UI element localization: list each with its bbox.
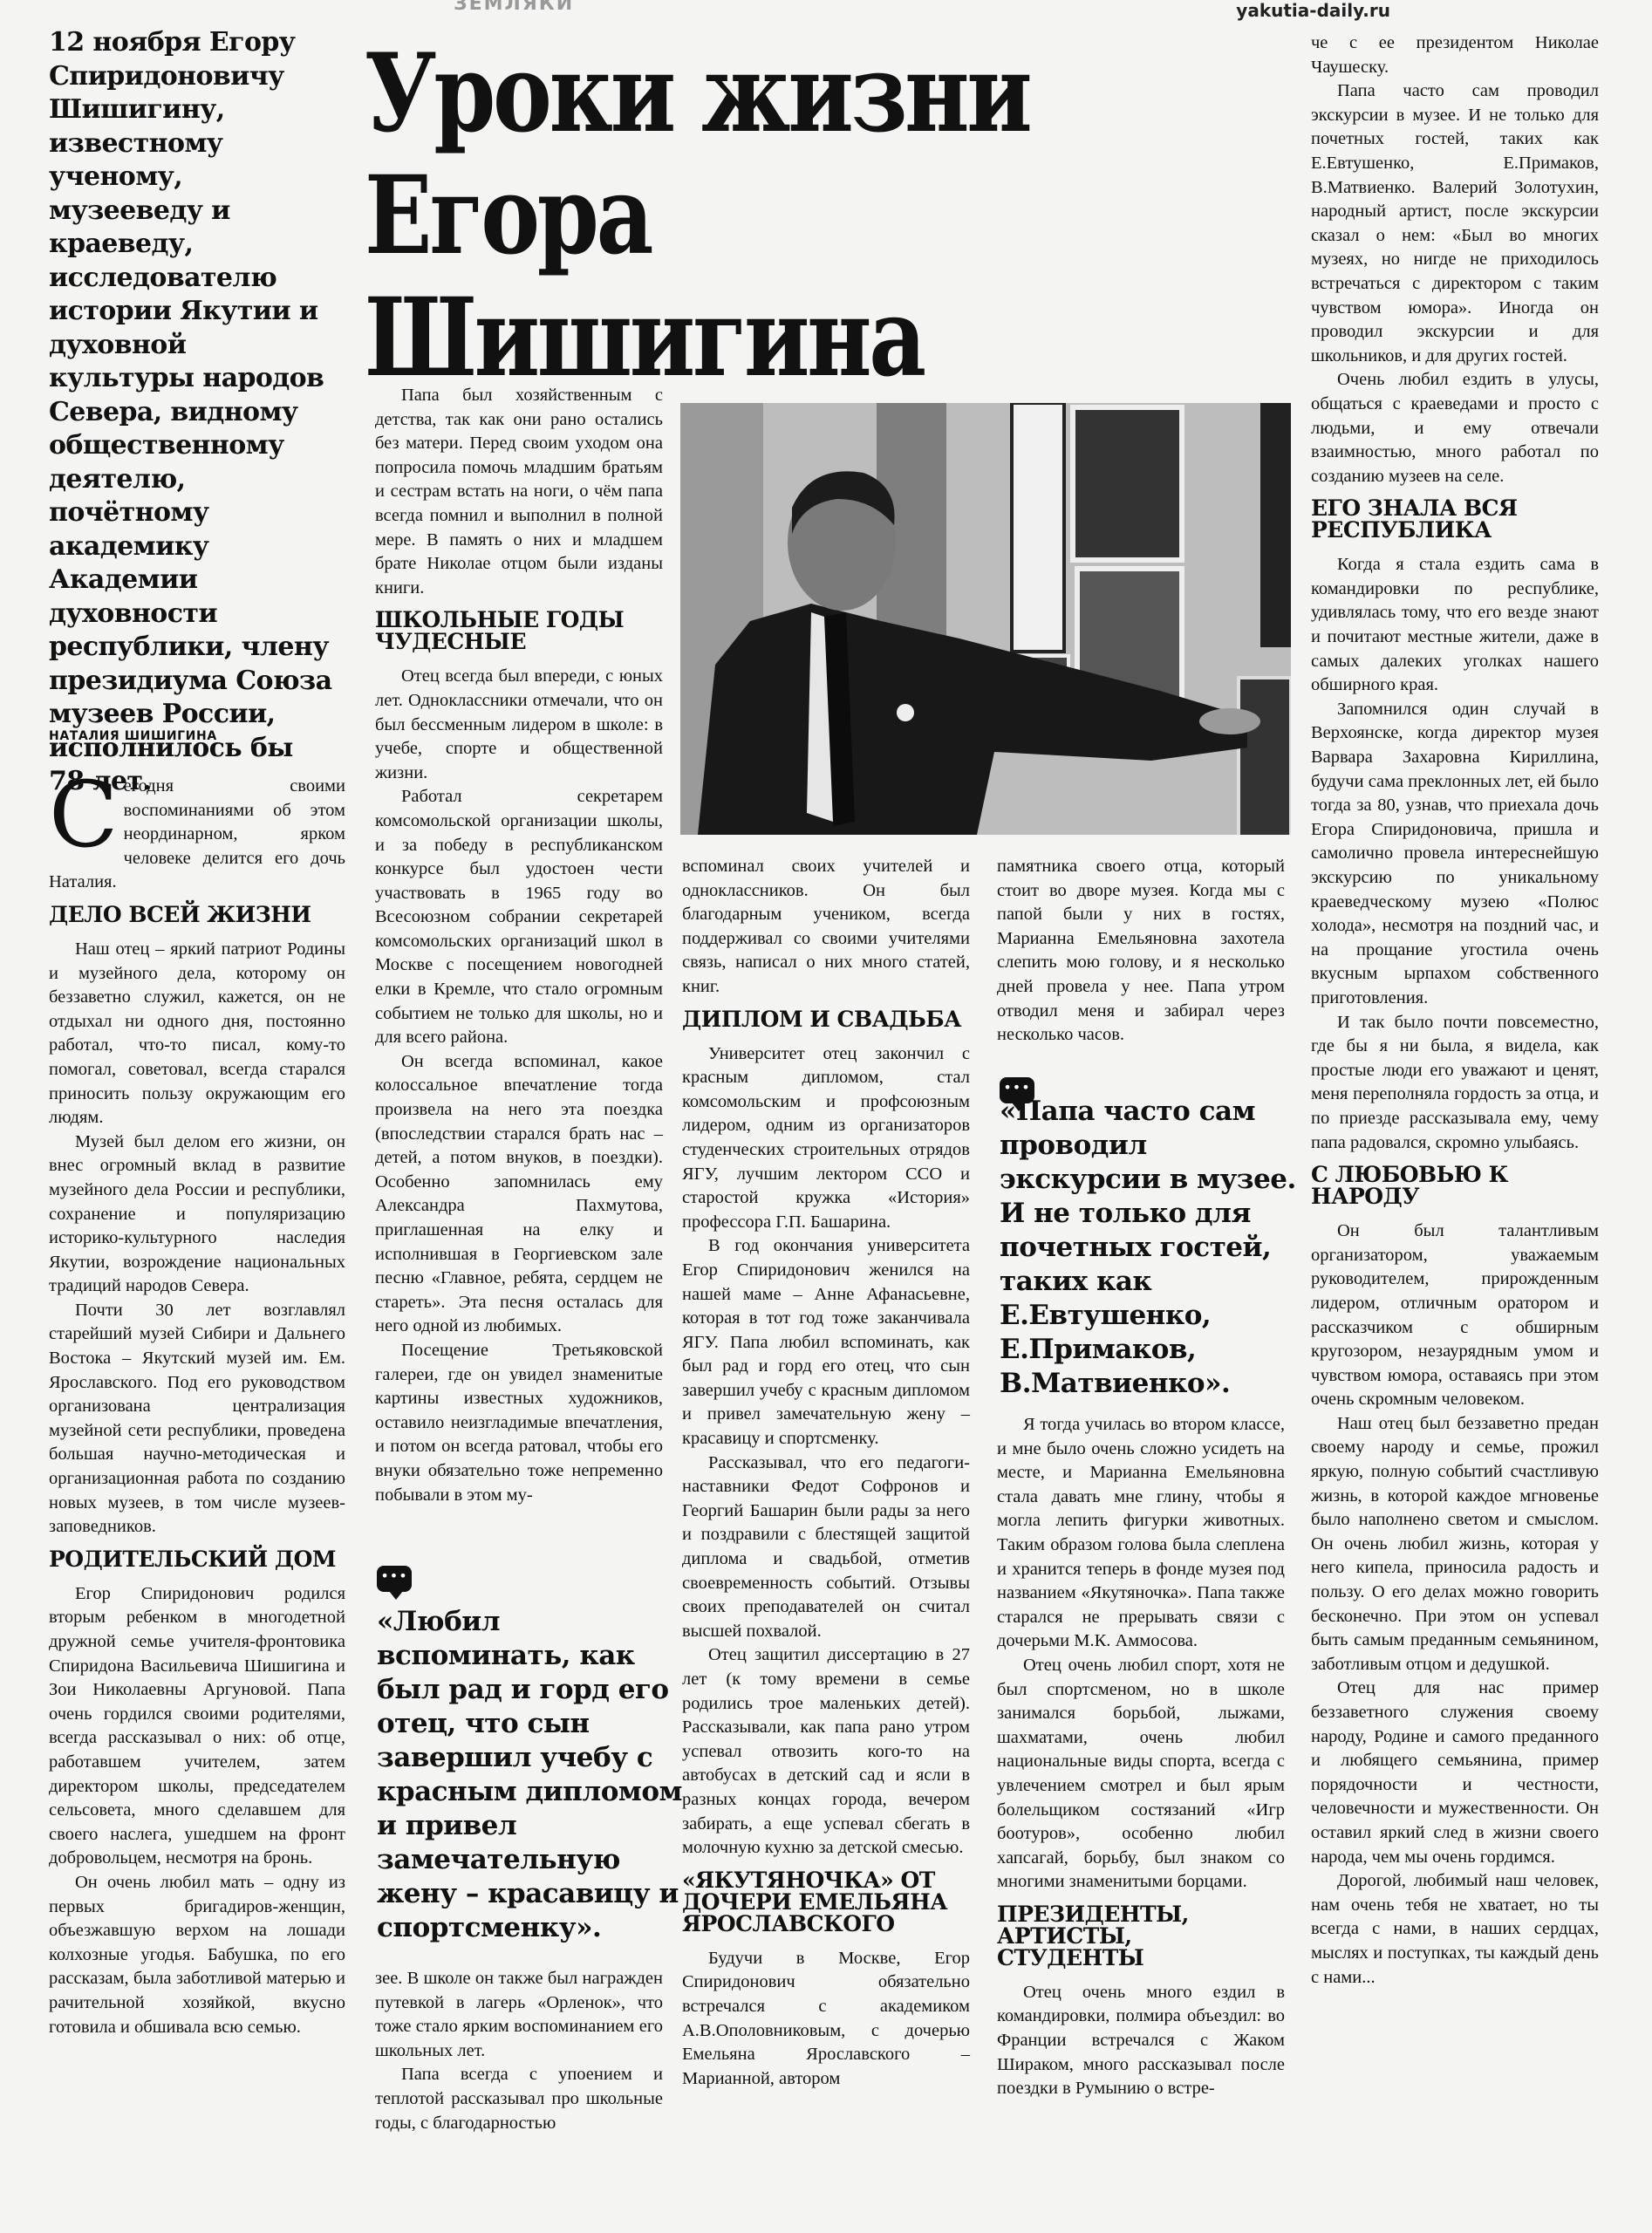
- section-heading: РОДИТЕЛЬСКИЙ ДОМ: [49, 1548, 345, 1570]
- site-url[interactable]: yakutia-daily.ru: [1236, 0, 1390, 21]
- article-column-3: вспоминал своих учителей и однокласснико…: [682, 855, 970, 2091]
- pull-quote: «Папа часто сам проводил экскурсии в муз…: [1000, 1095, 1300, 1401]
- section-heading: С ЛЮБОВЬЮ К НАРОДУ: [1311, 1164, 1599, 1207]
- paragraph: Университет отец закончил с красным дипл…: [682, 1042, 970, 1235]
- paragraph: Посещение Третьяковской галереи, где он …: [375, 1339, 663, 1507]
- section-heading: «ЯКУТЯНОЧКА» ОТ ДОЧЕРИ ЕМЕЛЬЯНА ЯРОСЛАВС…: [682, 1869, 970, 1935]
- paragraph: Папа был хозяйственным с детства, так ка…: [375, 384, 663, 600]
- paragraph: вспоминал своих учителей и однокласснико…: [682, 855, 970, 1000]
- photo-image: [680, 403, 1291, 835]
- paragraph: И так было почти повсеместно, где бы я н…: [1311, 1011, 1599, 1156]
- paragraph: Папа всегда с упоением и теплотой расска…: [375, 2063, 663, 2135]
- paragraph: памятника своего отца, который стоит во …: [997, 855, 1285, 1048]
- section-heading: ПРЕЗИДЕНТЫ, АРТИСТЫ, СТУДЕНТЫ: [997, 1903, 1285, 1969]
- paragraph: Папа часто сам проводил экскурсии в музе…: [1311, 79, 1599, 368]
- paragraph: Отец всегда был впереди, с юных лет. Одн…: [375, 665, 663, 785]
- article-photo: [680, 403, 1291, 835]
- section-label: ЗЕМЛЯКИ: [454, 0, 574, 15]
- paragraph: Я тогда училась во втором классе, и мне …: [997, 1413, 1285, 1654]
- paragraph: Егор Спиридонович родился вторым ребенко…: [49, 1582, 345, 1871]
- intro-paragraph: Сегодня своими воспоминаниями об этом не…: [49, 775, 345, 895]
- article-column-4: памятника своего отца, который стоит во …: [997, 855, 1285, 1048]
- article-column-2: Папа был хозяйственным с детства, так ка…: [375, 384, 663, 1507]
- paragraph: Очень любил ездить в улусы, общаться с к…: [1311, 368, 1599, 488]
- paragraph: Отец защитил диссертацию в 27 лет (к том…: [682, 1643, 970, 1860]
- speech-bubble-icon: •••: [377, 1566, 412, 1592]
- pull-quote: «Любил вспоминать, как был рад и горд ег…: [377, 1605, 691, 1945]
- section-heading: ЕГО ЗНАЛА ВСЯ РЕСПУБЛИКА: [1311, 497, 1599, 541]
- paragraph: Рассказывал, что его педагоги-наставники…: [682, 1451, 970, 1644]
- paragraph: Отец очень много ездил в командировки, п…: [997, 1981, 1285, 2101]
- article-lead: 12 ноября Егору Спиридоновичу Шишигину, …: [49, 26, 337, 799]
- paragraph: зее. В школе он также был награжден путе…: [375, 1967, 663, 2063]
- section-heading: ДИПЛОМ И СВАДЬБА: [682, 1008, 970, 1030]
- dropcap: С: [49, 780, 119, 850]
- paragraph: че с ее президентом Николае Чаушеску.: [1311, 31, 1599, 79]
- article-column-5: че с ее президентом Николае Чаушеску. Па…: [1311, 31, 1599, 1990]
- paragraph: Музей был делом его жизни, он внес огром…: [49, 1130, 345, 1299]
- paragraph: Будучи в Москве, Егор Спиридонович обяза…: [682, 1947, 970, 2092]
- page-title: Уроки жизни Егора Шишигина: [365, 33, 1037, 399]
- section-heading: ДЕЛО ВСЕЙ ЖИЗНИ: [49, 904, 345, 925]
- paragraph: Когда я стала ездить сама в командировки…: [1311, 553, 1599, 698]
- paragraph: Он всегда вспоминал, какое колоссальное …: [375, 1050, 663, 1339]
- author-byline: НАТАЛИЯ ШИШИГИНА: [49, 729, 217, 743]
- paragraph: Почти 30 лет возглавлял старейший музей …: [49, 1299, 345, 1540]
- article-column-2-continued: зее. В школе он также был награжден путе…: [375, 1967, 663, 2135]
- paragraph: Наш отец – яркий патриот Родины и музейн…: [49, 938, 345, 1130]
- paragraph: Наш отец был беззаветно предан своему на…: [1311, 1412, 1599, 1677]
- paragraph: Он очень любил мать – одну из первых бри…: [49, 1871, 345, 2039]
- paragraph: Отец очень любил спорт, хотя не был спор…: [997, 1654, 1285, 1895]
- paragraph: Дорогой, любимый наш человек, нам очень …: [1311, 1869, 1599, 1990]
- paragraph: Он был талантливым организатором, уважае…: [1311, 1219, 1599, 1412]
- paragraph: Работал секретарем комсомольской организ…: [375, 785, 663, 1050]
- section-heading: ШКОЛЬНЫЕ ГОДЫ ЧУДЕСНЫЕ: [375, 609, 663, 652]
- paragraph: Отец для нас пример беззаветного служени…: [1311, 1676, 1599, 1869]
- article-column-1: Сегодня своими воспоминаниями об этом не…: [49, 775, 345, 2039]
- paragraph: Запомнился один случай в Верхоянске, ког…: [1311, 698, 1599, 1011]
- paragraph: В год окончания университета Егор Спирид…: [682, 1234, 970, 1451]
- article-column-4-continued: Я тогда училась во втором классе, и мне …: [997, 1413, 1285, 2101]
